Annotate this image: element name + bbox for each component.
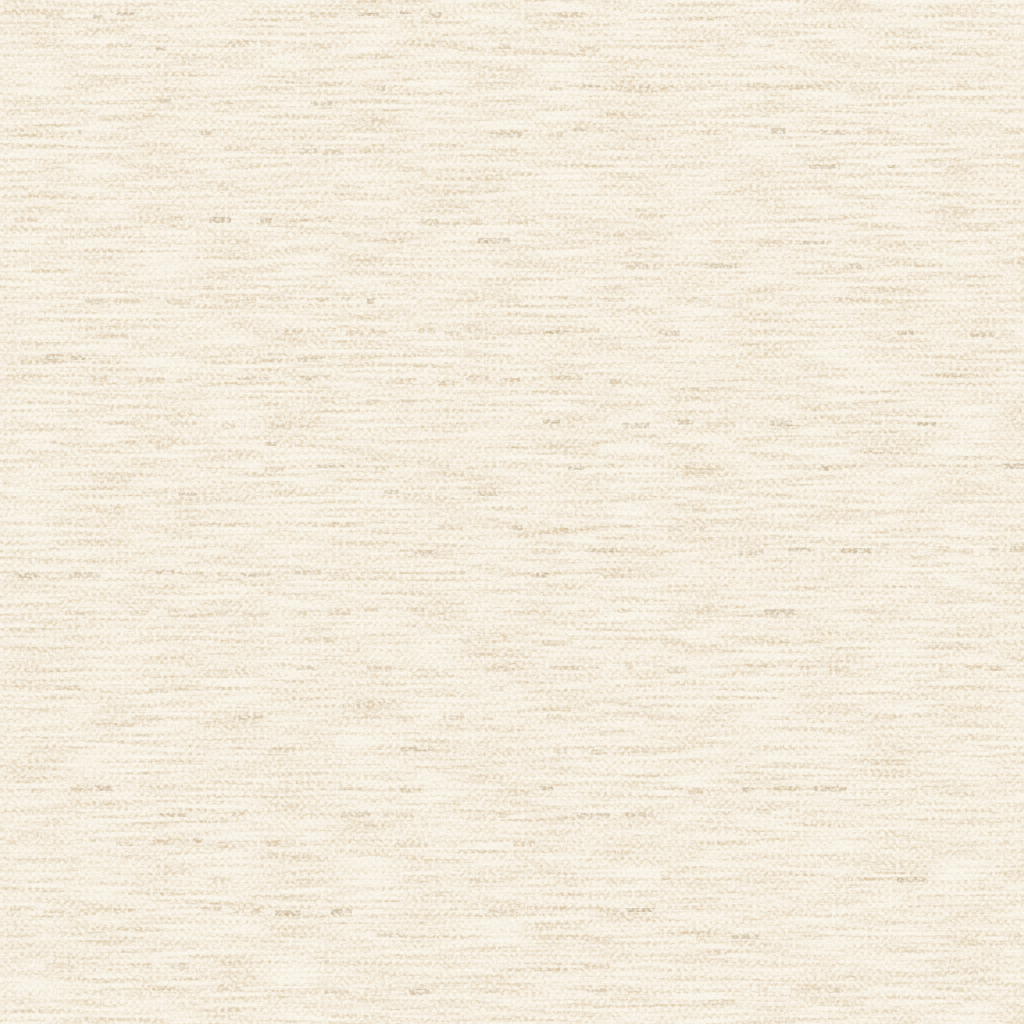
fabric-texture-rendering — [0, 0, 1024, 1024]
fabric-texture-photo — [0, 0, 1024, 1024]
fiber-grain-layer — [0, 0, 1024, 1024]
